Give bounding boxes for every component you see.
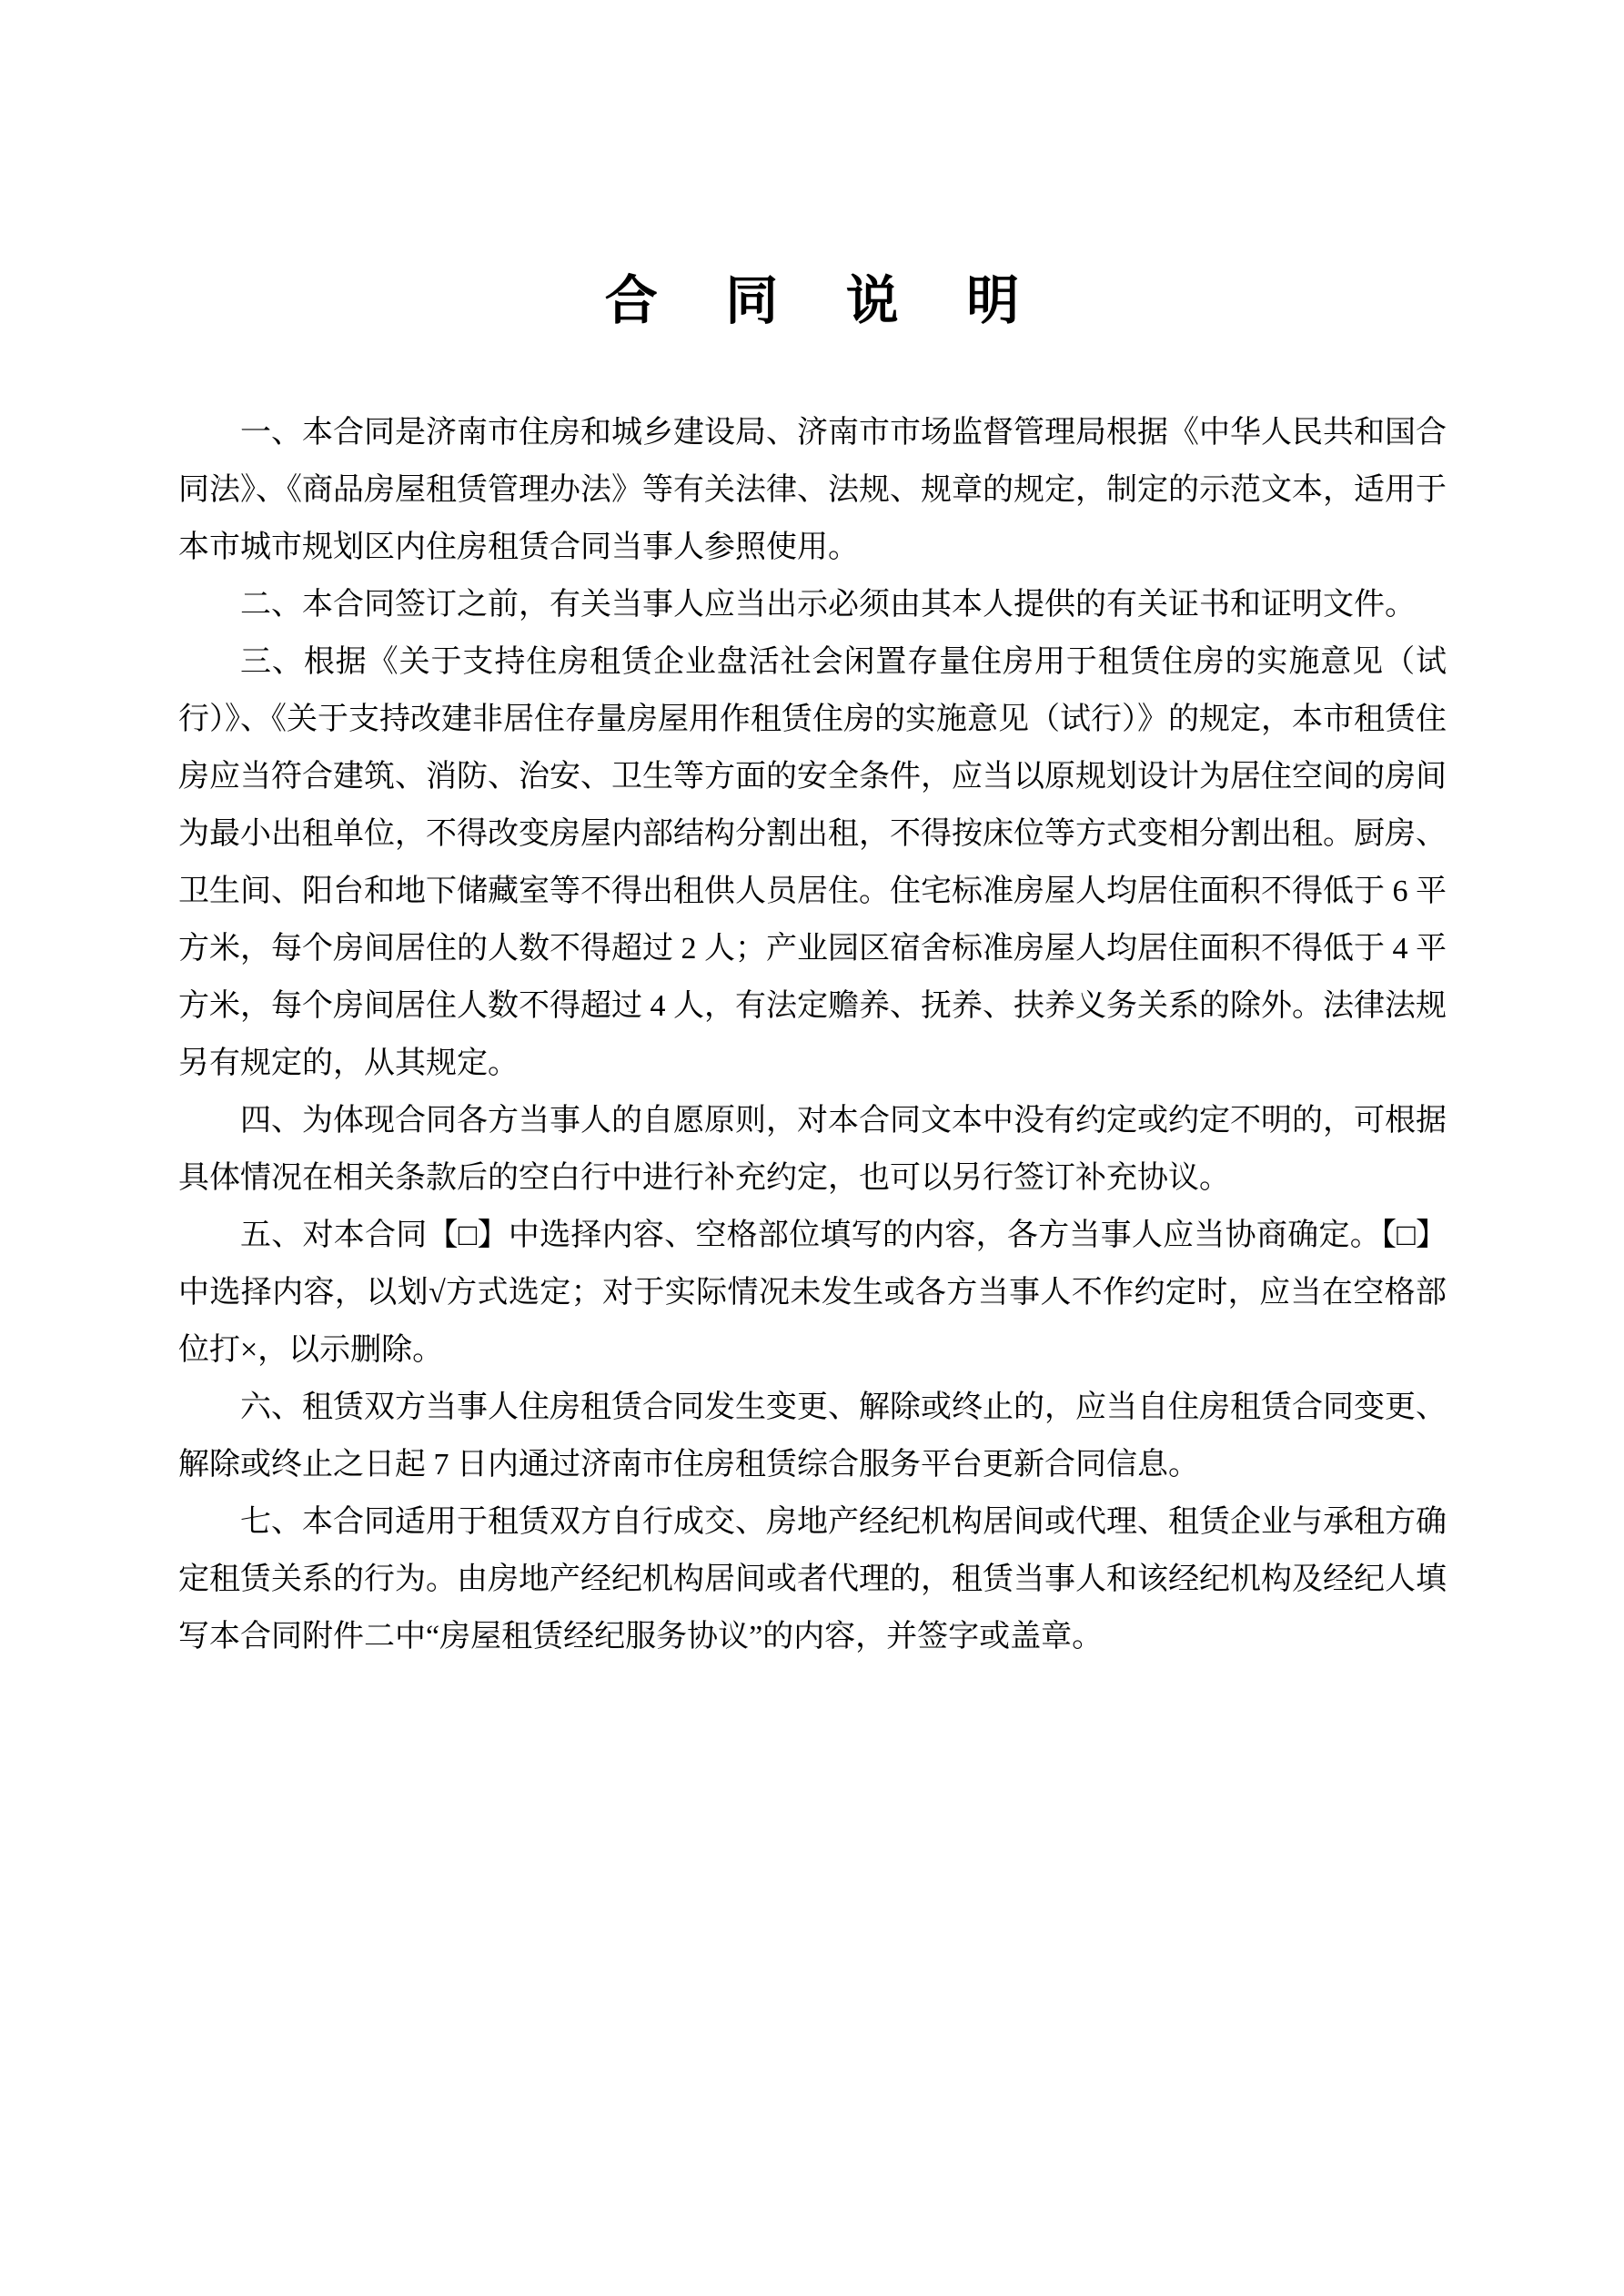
paragraph-3: 三、根据《关于支持住房租赁企业盘活社会闲置存量住房用于租赁住房的实施意见（试行）… (178, 633, 1447, 1092)
paragraph-2: 二、本合同签订之前，有关当事人应当出示必须由其本人提供的有关证书和证明文件。 (178, 576, 1447, 633)
paragraph-1: 一、本合同是济南市住房和城乡建设局、济南市市场监督管理局根据《中华人民共和国合同… (178, 404, 1447, 576)
contract-notes-page: 合 同 说 明 一、本合同是济南市住房和城乡建设局、济南市市场监督管理局根据《中… (0, 0, 1624, 2296)
paragraph-4: 四、为体现合同各方当事人的自愿原则，对本合同文本中没有约定或约定不明的，可根据具… (178, 1092, 1447, 1207)
paragraph-7: 七、本合同适用于租赁双方自行成交、房地产经纪机构居间或代理、租赁企业与承租方确定… (178, 1493, 1447, 1665)
paragraph-6: 六、租赁双方当事人住房租赁合同发生变更、解除或终止的，应当自住房租赁合同变更、解… (178, 1379, 1447, 1493)
page-title: 合 同 说 明 (0, 258, 1624, 334)
paragraph-5: 五、对本合同【□】中选择内容、空格部位填写的内容，各方当事人应当协商确定。【□】… (178, 1207, 1447, 1379)
document-body: 一、本合同是济南市住房和城乡建设局、济南市市场监督管理局根据《中华人民共和国合同… (178, 404, 1447, 1665)
